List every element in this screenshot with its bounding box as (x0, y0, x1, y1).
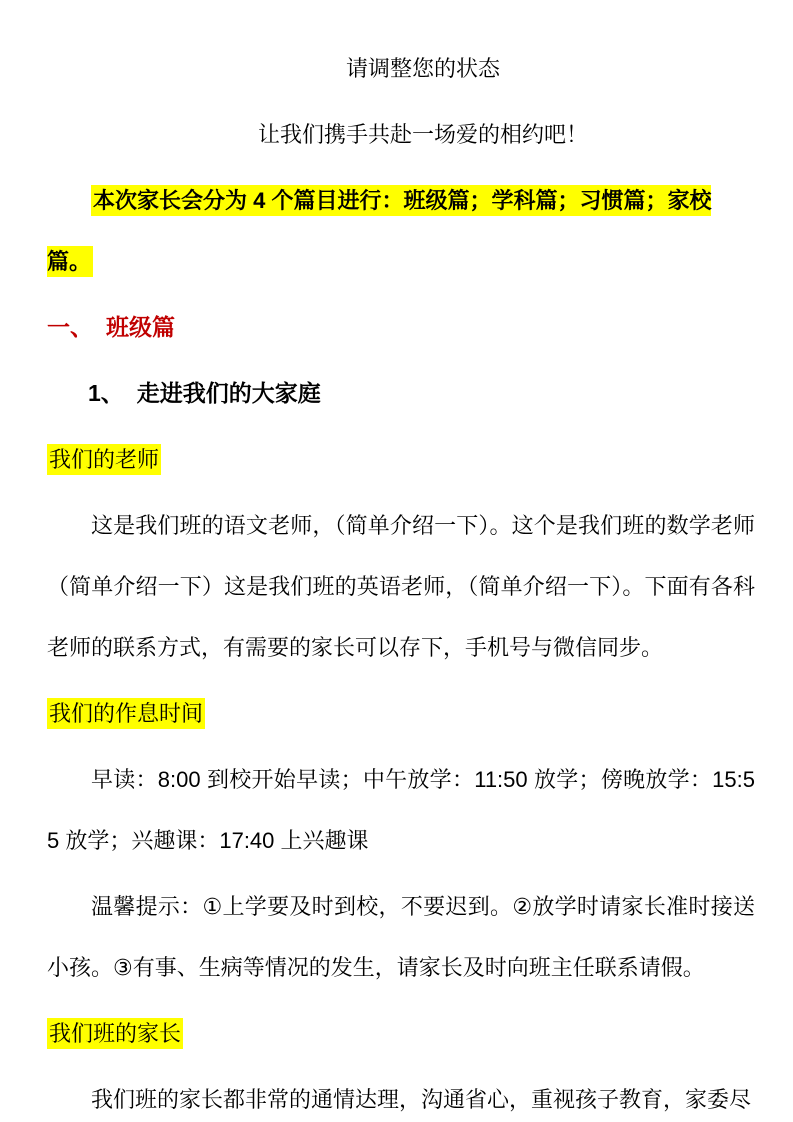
parents-paragraph: 我们班的家长都非常的通情达理，沟通省心，重视孩子教育，家委尽 (47, 1069, 755, 1122)
teachers-heading-text: 我们的老师 (47, 444, 161, 475)
teachers-heading: 我们的老师 (47, 429, 755, 490)
parents-heading-text: 我们班的家长 (47, 1018, 183, 1049)
subsection-1-heading: 1、走进我们的大家庭 (47, 363, 755, 424)
parents-heading: 我们班的家长 (47, 1003, 755, 1064)
document-page: 请调整您的状态 让我们携手共赴一场爱的相约吧！ 本次家长会分为 4 个篇目进行：… (0, 0, 793, 1122)
schedule-heading: 我们的作息时间 (47, 683, 755, 744)
intro-highlight-text: 本次家长会分为 4 个篇目进行：班级篇；学科篇；习惯篇；家校篇。 (47, 185, 711, 277)
subsection-1-label: 走进我们的大家庭 (137, 363, 321, 424)
teachers-paragraph-text: 这是我们班的语文老师，（简单介绍一下）。这个是我们班的数学老师（简单介绍一下）这… (47, 513, 755, 660)
opening-line-2: 让我们携手共赴一场爱的相约吧！ (47, 104, 755, 165)
opening-line-1-text: 请调整您的状态 (346, 56, 500, 81)
schedule-paragraph: 早读：8:00 到校开始早读；中午放学：11:50 放学；傍晚放学：15:55 … (47, 749, 755, 871)
opening-line-1: 请调整您的状态 (47, 38, 755, 99)
schedule-heading-text: 我们的作息时间 (47, 698, 205, 729)
opening-line-2-text: 让我们携手共赴一场爱的相约吧！ (258, 122, 588, 147)
section-1-label: 班级篇 (106, 297, 175, 358)
teachers-paragraph: 这是我们班的语文老师，（简单介绍一下）。这个是我们班的数学老师（简单介绍一下）这… (47, 495, 755, 678)
parents-paragraph-text: 我们班的家长都非常的通情达理，沟通省心，重视孩子教育，家委尽 (91, 1087, 751, 1112)
section-1-marker: 一、 (47, 297, 93, 358)
schedule-tips-text: 温馨提示：①上学要及时到校，不要迟到。②放学时请家长准时接送小孩。③有事、生病等… (47, 894, 755, 980)
section-1-heading: 一、班级篇 (47, 297, 755, 358)
schedule-tips-paragraph: 温馨提示：①上学要及时到校，不要迟到。②放学时请家长准时接送小孩。③有事、生病等… (47, 876, 755, 998)
intro-highlight-line: 本次家长会分为 4 个篇目进行：班级篇；学科篇；习惯篇；家校篇。 (47, 170, 755, 292)
subsection-1-marker: 1、 (88, 363, 124, 424)
schedule-paragraph-text: 早读：8:00 到校开始早读；中午放学：11:50 放学；傍晚放学：15:55 … (47, 767, 755, 853)
